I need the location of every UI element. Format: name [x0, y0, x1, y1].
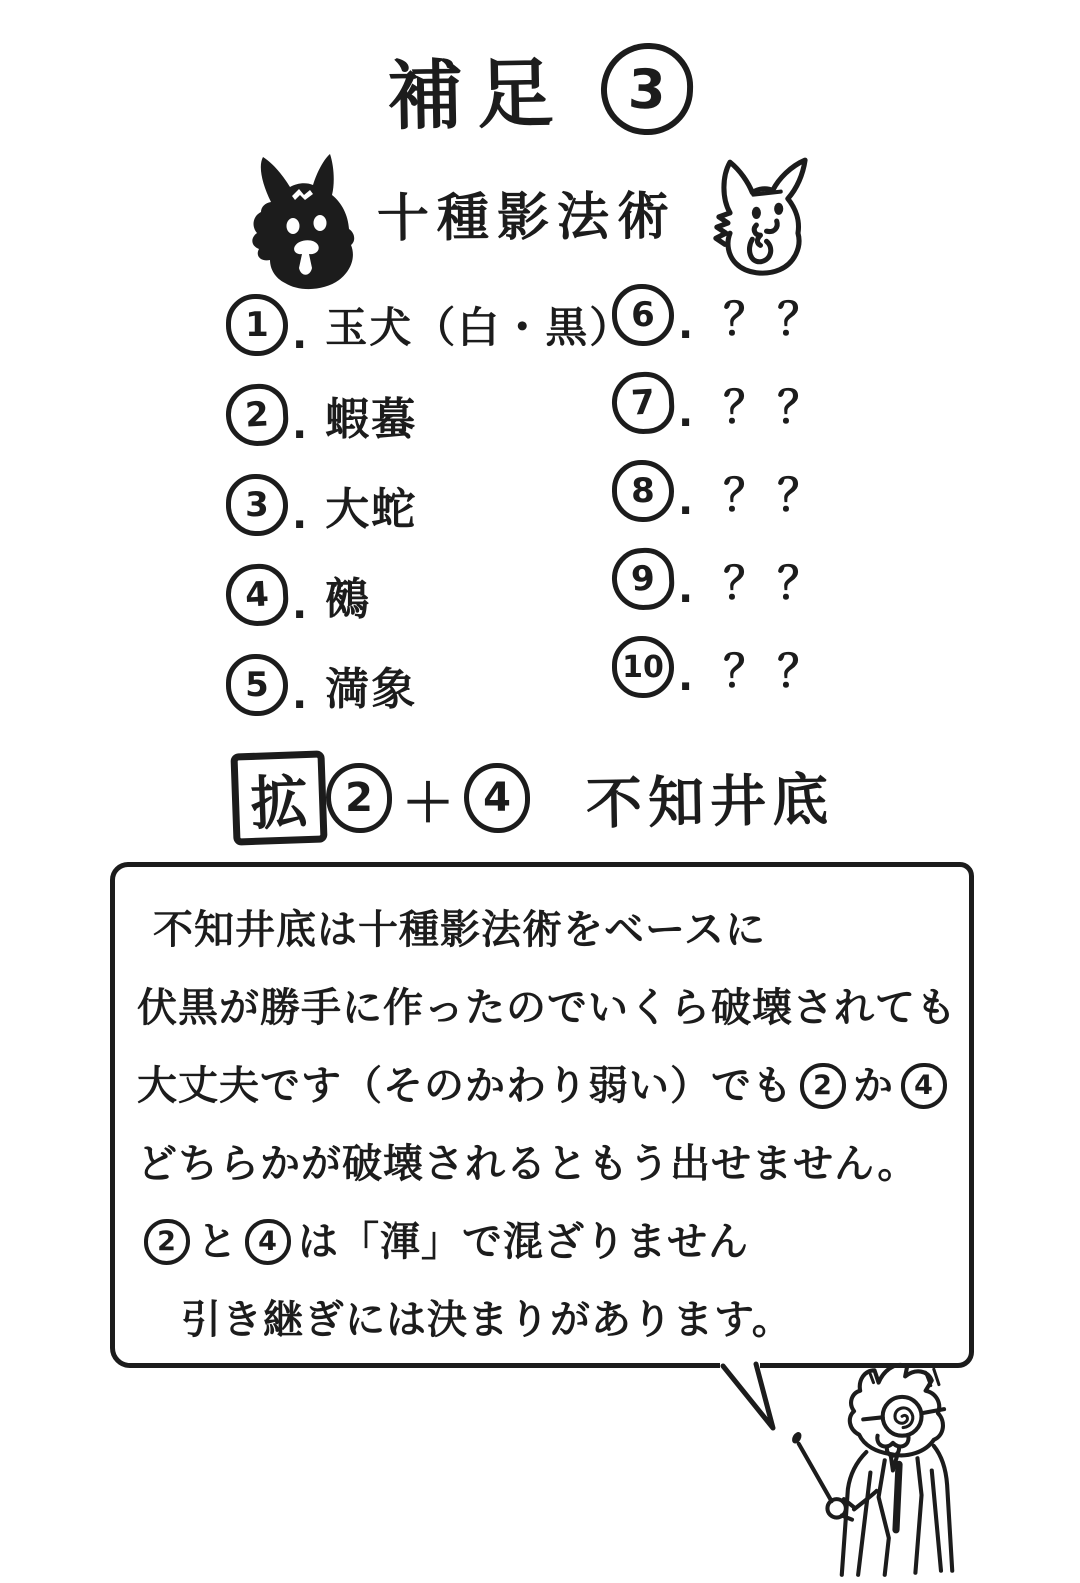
bubble-line: 引き継ぎには決まりがあります。: [137, 1281, 947, 1359]
circled-number: 7: [610, 370, 675, 435]
circled-number: 2: [326, 763, 392, 833]
circled-number: 3: [226, 474, 288, 536]
shikigami-unknown: ？？: [723, 635, 831, 699]
circled-number: 2: [800, 1063, 846, 1109]
bubble-line: 大丈夫です（そのかわり弱い）でも 2 か 4: [137, 1047, 947, 1125]
note-page: 補足 3 十種影法術: [0, 0, 1080, 1583]
circled-number: 4: [901, 1063, 947, 1109]
page-title: 補足: [386, 32, 568, 144]
extension-row: 拡 2 ＋ 4 不知井底: [232, 752, 834, 844]
shikigami-unknown: ？？: [723, 459, 831, 523]
technique-heading-row: 十種影法術: [0, 150, 1080, 292]
circled-number: 4: [224, 562, 289, 627]
bubble-line: 2 と 4 は「渾」で混ざりません: [137, 1203, 947, 1281]
list-item: 8 . ？？: [612, 458, 831, 524]
list-item: 7 . ？？: [612, 370, 831, 436]
shikigami-name: 満象: [325, 653, 417, 717]
bubble-line: どちらかが破壊されるともう出せません。: [137, 1125, 947, 1203]
circled-number: 2: [224, 382, 289, 447]
circled-number: 5: [226, 654, 288, 716]
list-item: 1 . 玉犬（白・黒）: [226, 292, 633, 358]
list-dot: .: [292, 492, 307, 538]
technique-heading: 十種影法術: [377, 173, 678, 269]
title-number-circle: 3: [599, 41, 694, 136]
shikigami-list-right: 6 . ？？ 7 . ？？ 8 . ？？ 9 . ？？ 10 . ？？: [612, 282, 831, 700]
bubble-text: と: [197, 1203, 238, 1281]
professor-cat-drawing: [772, 1358, 977, 1583]
shikigami-name: 鵺: [325, 563, 371, 627]
list-dot: .: [292, 672, 307, 718]
bubble-text: は「渾」で混ざりません: [298, 1203, 749, 1281]
shikigami-unknown: ？？: [723, 371, 831, 435]
bubble-text: か: [853, 1047, 894, 1125]
circled-number: 9: [610, 546, 675, 611]
list-dot: .: [292, 402, 307, 448]
circled-number: 10: [612, 636, 674, 698]
shikigami-name: 蝦蟇: [325, 383, 417, 447]
shikigami-unknown: ？？: [723, 283, 831, 347]
list-item: 5 . 満象: [226, 652, 633, 718]
circled-number: 8: [612, 460, 674, 522]
shikigami-unknown: ？？: [723, 547, 831, 611]
page-title-row: 補足 3: [0, 34, 1080, 143]
list-dot: .: [292, 312, 307, 358]
list-item: 6 . ？？: [612, 282, 831, 348]
shikigami-name: 大蛇: [325, 473, 417, 537]
circled-number: 2: [144, 1219, 190, 1265]
list-item: 2 . 蝦蟇: [226, 382, 633, 448]
bubble-line: 伏黒が勝手に作ったのでいくら破壊されても: [137, 969, 947, 1047]
extension-box-label: 拡: [230, 750, 327, 845]
list-item: 4 . 鵺: [226, 562, 633, 628]
list-dot: .: [678, 478, 693, 524]
circled-number: 6: [612, 284, 674, 346]
list-dot: .: [678, 654, 693, 700]
white-divine-dog-icon: [692, 150, 837, 292]
shikigami-name: 玉犬（白・黒）: [325, 295, 633, 355]
circled-number: 4: [245, 1219, 291, 1265]
extension-result: 不知井底: [585, 756, 834, 840]
circled-number: 1: [226, 294, 288, 356]
black-divine-dog-icon: [243, 152, 363, 290]
list-dot: .: [292, 582, 307, 628]
speech-bubble: 不知井底は十種影法術をベースに 伏黒が勝手に作ったのでいくら破壊されても 大丈夫…: [110, 862, 974, 1368]
list-dot: .: [678, 566, 693, 612]
list-item: 9 . ？？: [612, 546, 831, 612]
list-dot: .: [678, 302, 693, 348]
plus-sign: ＋: [402, 761, 454, 836]
bubble-line: 不知井底は十種影法術をベースに: [137, 891, 947, 969]
list-dot: .: [678, 390, 693, 436]
circled-number: 4: [464, 763, 530, 833]
bubble-text: 大丈夫です（そのかわり弱い）でも: [137, 1047, 793, 1125]
list-item: 10 . ？？: [612, 634, 831, 700]
list-item: 3 . 大蛇: [226, 472, 633, 538]
shikigami-list-left: 1 . 玉犬（白・黒） 2 . 蝦蟇 3 . 大蛇 4 . 鵺 5 . 満象: [226, 292, 633, 718]
